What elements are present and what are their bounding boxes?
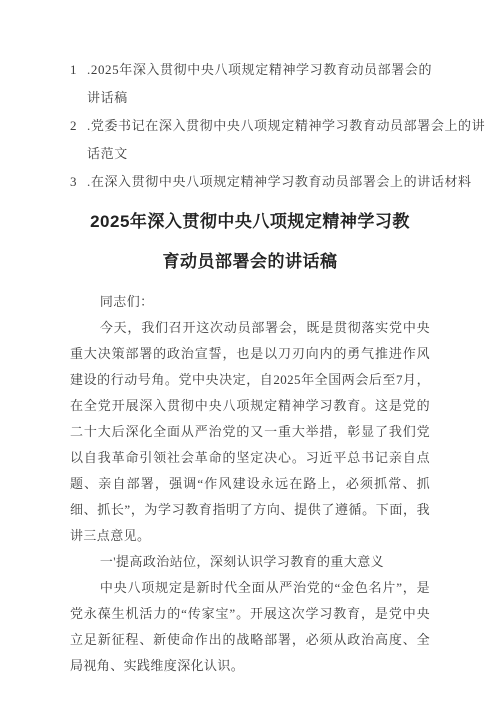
document-title-line: 育动员部署会的讲话稿 bbox=[70, 242, 430, 282]
document-title: 2025年深入贯彻中央八项规定精神学习教 育动员部署会的讲话稿 bbox=[70, 202, 430, 282]
toc-item-number: 3 bbox=[70, 168, 87, 196]
toc-item-text: .2025年深入贯彻中央八项规定精神学习教育动员部署会的 讲话稿 bbox=[87, 56, 430, 112]
body-paragraph-1: 今天，我们召开这次动员部署会，既是贯彻落实党中央重大决策部署的政治宣誓，也是以刀… bbox=[70, 315, 430, 549]
toc-item-text: .在深入贯彻中央八项规定精神学习教育动员部署会上的讲话材料 bbox=[87, 168, 430, 196]
toc-item-2: 2 .党委书记在深入贯彻中央八项规定精神学习教育动员部署会上的讲 话范文 bbox=[70, 112, 430, 168]
document-page: 1 .2025年深入贯彻中央八项规定精神学习教育动员部署会的 讲话稿 2 .党委… bbox=[0, 0, 500, 707]
toc-item-line: 讲话稿 bbox=[87, 84, 430, 112]
toc-item-line: .党委书记在深入贯彻中央八项规定精神学习教育动员部署会上的讲 bbox=[87, 112, 430, 140]
toc-item-1: 1 .2025年深入贯彻中央八项规定精神学习教育动员部署会的 讲话稿 bbox=[70, 56, 430, 112]
toc-item-number: 2 bbox=[70, 112, 87, 140]
toc-item-text: .党委书记在深入贯彻中央八项规定精神学习教育动员部署会上的讲 话范文 bbox=[87, 112, 430, 168]
body-paragraph-2: 中央八项规定是新时代全面从严治党的“金色名片”，是党永葆生机活力的“传家宝”。开… bbox=[70, 575, 430, 679]
toc-item-3: 3 .在深入贯彻中央八项规定精神学习教育动员部署会上的讲话材料 bbox=[70, 168, 430, 196]
salutation: 同志们： bbox=[70, 289, 430, 315]
toc-item-number: 1 bbox=[70, 56, 87, 84]
toc-list: 1 .2025年深入贯彻中央八项规定精神学习教育动员部署会的 讲话稿 2 .党委… bbox=[70, 56, 430, 196]
toc-item-line: 话范文 bbox=[87, 140, 430, 168]
section-heading-1: 一'提高政治站位，深刻认识学习教育的重大意义 bbox=[70, 549, 430, 575]
toc-item-line: .在深入贯彻中央八项规定精神学习教育动员部署会上的讲话材料 bbox=[87, 168, 430, 196]
document-body: 同志们： 今天，我们召开这次动员部署会，既是贯彻落实党中央重大决策部署的政治宣誓… bbox=[70, 289, 430, 679]
toc-item-line: .2025年深入贯彻中央八项规定精神学习教育动员部署会的 bbox=[87, 56, 430, 84]
document-title-line: 2025年深入贯彻中央八项规定精神学习教 bbox=[70, 202, 430, 242]
